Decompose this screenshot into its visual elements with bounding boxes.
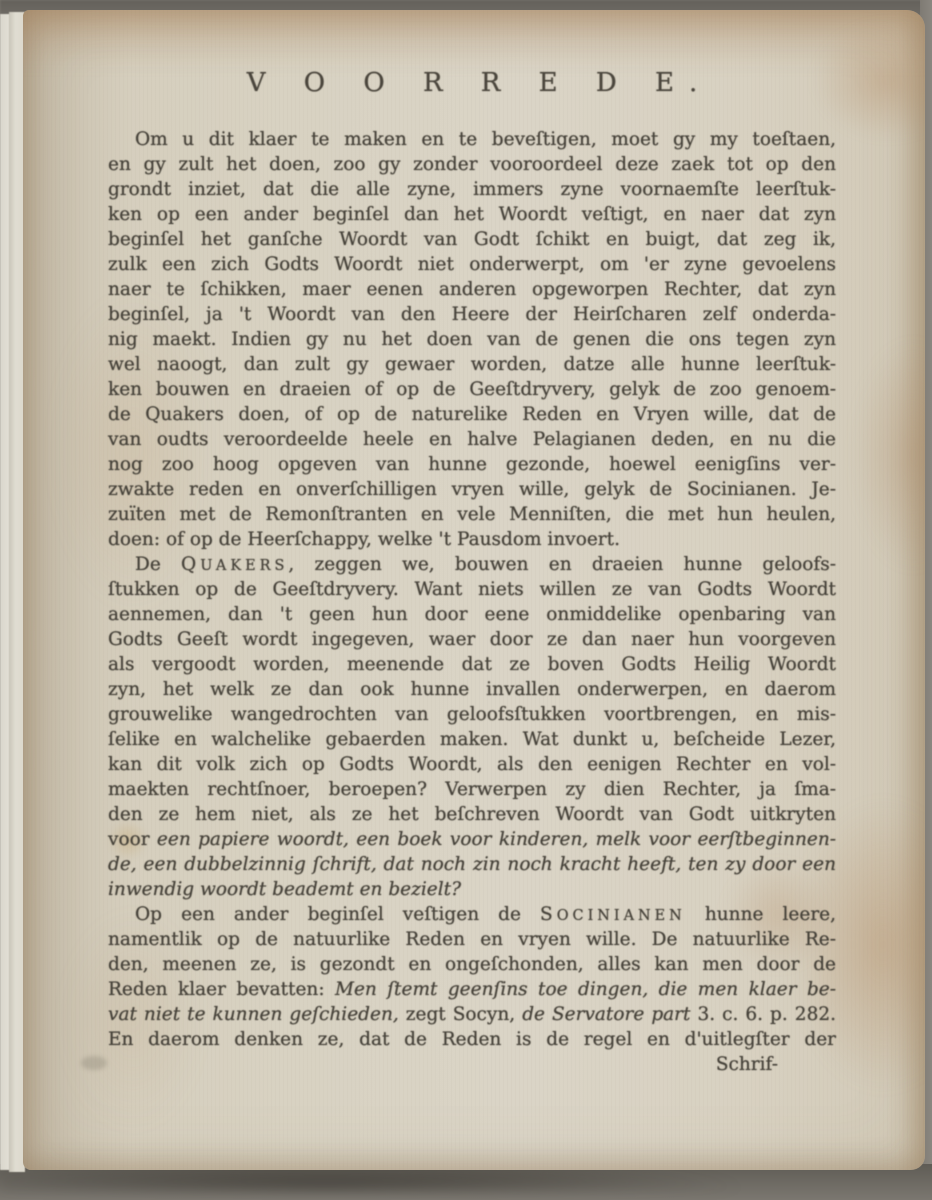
text-line: De QUAKERS, zeggen we, bouwen en draeien… [108, 552, 836, 577]
text-segment: doen: of op de Heerſchappy, welke 't Pau… [108, 529, 620, 550]
text-segment: zegt Socyn, [399, 1004, 522, 1025]
text-line: zwakte reden en onverſchilligen vryen wi… [108, 477, 836, 502]
text-line: ken op een ander beginſel dan het Woordt… [108, 202, 836, 227]
text-segment: ken op een ander beginſel dan het Woordt… [108, 204, 836, 225]
text-line: maekten rechtſnoer, beroepen? Verwerpen … [108, 777, 836, 802]
text-segment: de Quakers doen, of op de naturelike Red… [108, 404, 836, 425]
text-segment: den ze hem niet, als ze het beſchreven W… [108, 804, 836, 825]
text-segment: vat niet te kunnen geſchieden, [108, 1004, 399, 1025]
text-segment: grondt inziet, dat die alle zyne, immers… [108, 179, 836, 200]
text-line: den, meenen ze, is gezondt en ongeſchond… [108, 952, 836, 977]
text-line: de Quakers doen, of op de naturelike Red… [108, 402, 836, 427]
page-title: V O O R R E D E. [108, 68, 836, 98]
text-line: Godts Geeſt wordt ingegeven, waer door z… [108, 627, 836, 652]
text-line: beginſel, ja 't Woordt van den Heere der… [108, 302, 836, 327]
text-segment: grouwelike wangedrochten van geloofsſtuk… [108, 704, 836, 725]
text-segment: Godts Geeſt wordt ingegeven, waer door z… [108, 629, 836, 650]
stain [853, 340, 925, 570]
text-segment: ſtukken op de Geeſtdryvery. Want niets w… [108, 579, 836, 600]
text-segment: Om u dit klaer te maken en te beveſtigen… [135, 129, 836, 150]
text-line: inwendig woordt beademt en bezielt? [108, 877, 836, 902]
text-line: den ze hem niet, als ze het beſchreven W… [108, 802, 836, 827]
text-line: beginſel het ganſche Woordt van Godt ſch… [108, 227, 836, 252]
text-segment: beginſel het ganſche Woordt van Godt ſch… [108, 229, 836, 250]
printed-text: V O O R R E D E. Om u dit klaer te maken… [108, 68, 836, 1077]
text-segment: beginſel, ja 't Woordt van den Heere der… [108, 304, 836, 325]
text-line: ſelike en walchelike gebaerden maken. Wa… [108, 727, 836, 752]
text-line: zuïten met de Remonſtranten en vele Menn… [108, 502, 836, 527]
text-line: nig maekt. Indien gy nu het doen van de … [108, 327, 836, 352]
text-segment: nog zoo hoog opgeven van hunne gezonde, … [108, 454, 836, 475]
text-line: zyn, het welk ze dan ook hunne invallen … [108, 677, 836, 702]
catchword: Schrif- [108, 1052, 836, 1077]
text-line: ken bouwen en draeien of op de Geeſtdryv… [108, 377, 836, 402]
text-segment: en gy zult het doen, zoo gy zonder vooro… [108, 154, 836, 175]
text-line: aennemen, dan 't geen hun door eene onmi… [108, 602, 836, 627]
text-segment: De [135, 554, 181, 575]
text-segment: aennemen, dan 't geen hun door eene onmi… [108, 604, 836, 625]
text-line: Om u dit klaer te maken en te beveſtigen… [108, 127, 836, 152]
text-segment: Q [181, 554, 200, 575]
text-line: en gy zult het doen, zoo gy zonder vooro… [108, 152, 836, 177]
text-segment: Men ſtemt geenſins toe dingen, die men k… [335, 979, 836, 1000]
text-line: wel naoogt, dan zult gy gewaer worden, d… [108, 352, 836, 377]
book-photo: V O O R R E D E. Om u dit klaer te maken… [0, 0, 932, 1200]
text-segment: 3. c. 6. p. 282. [690, 1004, 836, 1025]
text-segment: nig maekt. Indien gy nu het doen van de … [108, 329, 836, 350]
text-segment: zuïten met de Remonſtranten en vele Menn… [108, 504, 836, 525]
text-segment: inwendig woordt beademt en bezielt? [108, 879, 461, 900]
text-line: Reden klaer bevatten: Men ſtemt geenſins… [108, 977, 836, 1002]
text-segment: de Servatore part [522, 1004, 690, 1025]
text-segment: de, een dubbelzinnig ſchrift, dat noch z… [108, 854, 836, 875]
text-segment: zulk een zich Godts Woordt niet onderwer… [108, 254, 836, 275]
text-line: En daerom denken ze, dat de Reden is de … [108, 1027, 836, 1052]
text-line: grondt inziet, dat die alle zyne, immers… [108, 177, 836, 202]
ink-smudge [81, 1056, 107, 1070]
text-line: grouwelike wangedrochten van geloofsſtuk… [108, 702, 836, 727]
text-segment: kan dit volk zich op Godts Woordt, als d… [108, 754, 836, 775]
text-segment: als vergoodt worden, meenende dat ze bov… [108, 654, 836, 675]
text-segment: maekten rechtſnoer, beroepen? Verwerpen … [108, 779, 836, 800]
text-line: Op een ander beginſel veſtigen de SOCINI… [108, 902, 836, 927]
text-segment: S [540, 904, 557, 925]
text-segment: , zeggen we, bouwen en draeien hunne gel… [288, 554, 836, 575]
text-segment: zyn, het welk ze dan ook hunne invallen … [108, 679, 836, 700]
stain [23, 10, 925, 70]
text-segment: ſelike en walchelike gebaerden maken. Wa… [108, 729, 836, 750]
text-line: zulk een zich Godts Woordt niet onderwer… [108, 252, 836, 277]
text-line: kan dit volk zich op Godts Woordt, als d… [108, 752, 836, 777]
text-line: namentlik op de natuurlike Reden en vrye… [108, 927, 836, 952]
text-line: voor een papiere woordt, een boek voor k… [108, 827, 836, 852]
text-segment: Reden klaer bevatten: [108, 979, 335, 1000]
text-segment: UAKERS [200, 558, 288, 574]
text-segment: zwakte reden en onverſchilligen vryen wi… [108, 479, 836, 500]
text-segment: OCINIANEN [557, 908, 686, 924]
text-segment: voor [108, 829, 157, 850]
text-line: naer te ſchikken, maer eenen anderen opg… [108, 277, 836, 302]
paragraph: Om u dit klaer te maken en te beveſtigen… [108, 127, 836, 552]
text-segment: hunne leere, [686, 904, 836, 925]
text-segment: van oudts veroordeelde heele en halve Pe… [108, 429, 836, 450]
text-line: vat niet te kunnen geſchieden, zegt Socy… [108, 1002, 836, 1027]
text-line: als vergoodt worden, meenende dat ze bov… [108, 652, 836, 677]
body-text: Om u dit klaer te maken en te beveſtigen… [108, 127, 836, 1052]
text-segment: En daerom denken ze, dat de Reden is de … [108, 1029, 836, 1050]
text-segment: ken bouwen en draeien of op de Geeſtdryv… [108, 379, 836, 400]
text-line: de, een dubbelzinnig ſchrift, dat noch z… [108, 852, 836, 877]
text-line: van oudts veroordeelde heele en halve Pe… [108, 427, 836, 452]
book-page: V O O R R E D E. Om u dit klaer te maken… [23, 10, 925, 1170]
paragraph: Op een ander beginſel veſtigen de SOCINI… [108, 902, 836, 1052]
text-line: nog zoo hoog opgeven van hunne gezonde, … [108, 452, 836, 477]
text-segment: wel naoogt, dan zult gy gewaer worden, d… [108, 354, 836, 375]
text-segment: naer te ſchikken, maer eenen anderen opg… [108, 279, 836, 300]
text-segment: Op een ander beginſel veſtigen de [135, 904, 540, 925]
text-line: ſtukken op de Geeſtdryvery. Want niets w… [108, 577, 836, 602]
text-segment: namentlik op de natuurlike Reden en vrye… [108, 929, 836, 950]
text-line: doen: of op de Heerſchappy, welke 't Pau… [108, 527, 836, 552]
paragraph: De QUAKERS, zeggen we, bouwen en draeien… [108, 552, 836, 902]
text-segment: een papiere woordt, een boek voor kinder… [157, 829, 836, 850]
text-segment: den, meenen ze, is gezondt en ongeſchond… [108, 954, 836, 975]
